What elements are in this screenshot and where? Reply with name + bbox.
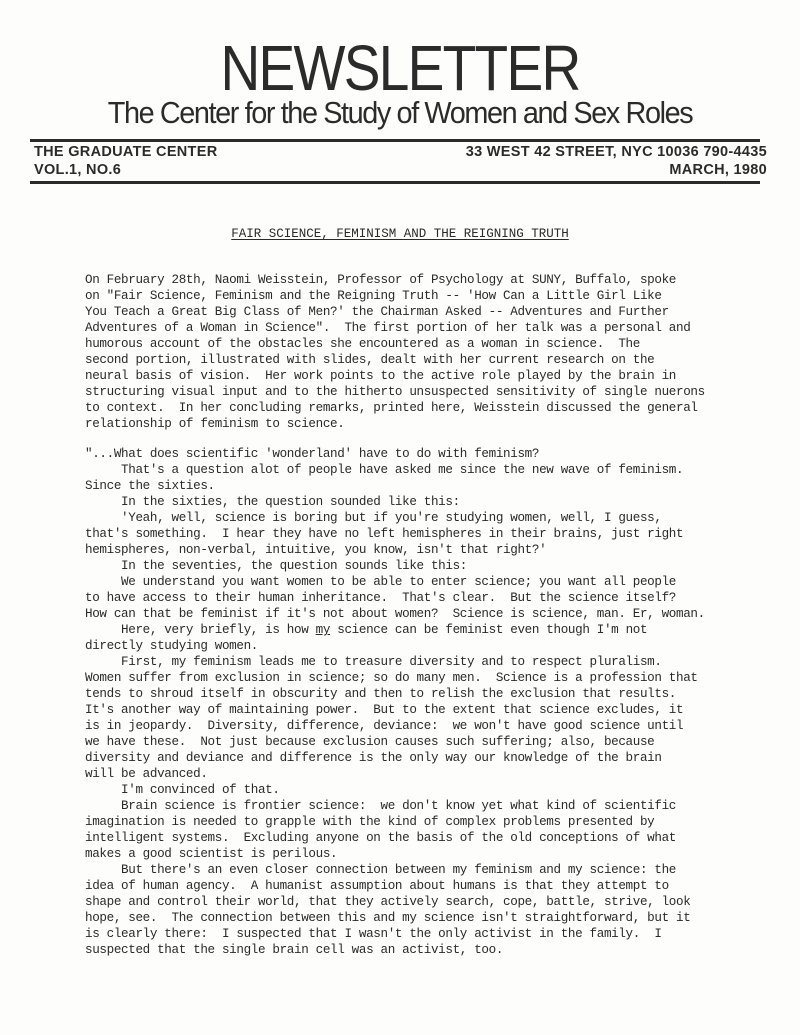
institution-name: THE GRADUATE CENTER (34, 144, 217, 160)
text-line: is clearly there: I suspected that I was… (85, 926, 785, 942)
underlined-word: my (316, 623, 330, 637)
article-title: FAIR SCIENCE, FEMINISM AND THE REIGNING … (231, 227, 569, 241)
text-line: How can that be feminist if it's not abo… (85, 606, 785, 622)
organization-name: The Center for the Study of Women and Se… (28, 96, 772, 130)
text-line: You Teach a Great Big Class of Men?' the… (85, 304, 785, 320)
text-line: diversity and deviance and difference is… (85, 750, 785, 766)
text-line: It's another way of maintaining power. B… (85, 702, 785, 718)
text-line: But there's an even closer connection be… (85, 862, 785, 878)
text-line: relationship of feminism to science. (85, 416, 785, 432)
text-line: On February 28th, Naomi Weisstein, Profe… (85, 272, 785, 288)
text-line: directly studying women. (85, 638, 785, 654)
text-line: Here, very briefly, is how my science ca… (85, 622, 785, 638)
text-line: 'Yeah, well, science is boring but if yo… (85, 510, 785, 526)
text-line: In the seventies, the question sounds li… (85, 558, 785, 574)
text-line: I'm convinced of that. (85, 782, 785, 798)
masthead-rule-bottom (30, 181, 760, 184)
text-line: "...What does scientific 'wonderland' ha… (85, 446, 785, 462)
text-line: to context. In her concluding remarks, p… (85, 400, 785, 416)
masthead-rule-top (30, 139, 760, 142)
article-heading: FAIR SCIENCE, FEMINISM AND THE REIGNING … (0, 227, 800, 241)
text-line: second portion, illustrated with slides,… (85, 352, 785, 368)
text-line: Brain science is frontier science: we do… (85, 798, 785, 814)
text-line: suspected that the single brain cell was… (85, 942, 785, 958)
text-line: That's a question alot of people have as… (85, 462, 785, 478)
article-intro: On February 28th, Naomi Weisstein, Profe… (85, 272, 785, 432)
text-line: makes a good scientist is perilous. (85, 846, 785, 862)
text-line: that's something. I hear they have no le… (85, 526, 785, 542)
volume-issue: VOL.1, NO.6 (34, 162, 121, 178)
newsletter-title: NEWSLETTER (56, 36, 744, 100)
text-line: We understand you want women to be able … (85, 574, 785, 590)
text-line: Since the sixties. (85, 478, 785, 494)
text-line: idea of human agency. A humanist assumpt… (85, 878, 785, 894)
text-line: will be advanced. (85, 766, 785, 782)
text-line: First, my feminism leads me to treasure … (85, 654, 785, 670)
text-line: imagination is needed to grapple with th… (85, 814, 785, 830)
text-line: In the sixties, the question sounded lik… (85, 494, 785, 510)
text-line: shape and control their world, that they… (85, 894, 785, 910)
text-line: to have access to their human inheritanc… (85, 590, 785, 606)
text-line: intelligent systems. Excluding anyone on… (85, 830, 785, 846)
text-line: neural basis of vision. Her work points … (85, 368, 785, 384)
text-line: structuring visual input and to the hith… (85, 384, 785, 400)
text-line: we have these. Not just because exclusio… (85, 734, 785, 750)
text-line: tends to shroud itself in obscurity and … (85, 686, 785, 702)
address: 33 WEST 42 STREET, NYC 10036 790-4435 (466, 144, 767, 160)
issue-date: MARCH, 1980 (669, 162, 767, 178)
text-line: hope, see. The connection between this a… (85, 910, 785, 926)
article-quote: "...What does scientific 'wonderland' ha… (85, 446, 785, 958)
text-line: is in jeopardy. Diversity, difference, d… (85, 718, 785, 734)
text-line: Women suffer from exclusion in science; … (85, 670, 785, 686)
text-line: on "Fair Science, Feminism and the Reign… (85, 288, 785, 304)
text-line: Adventures of a Woman in Science". The f… (85, 320, 785, 336)
text-line: humorous account of the obstacles she en… (85, 336, 785, 352)
text-line: hemispheres, non-verbal, intuitive, you … (85, 542, 785, 558)
